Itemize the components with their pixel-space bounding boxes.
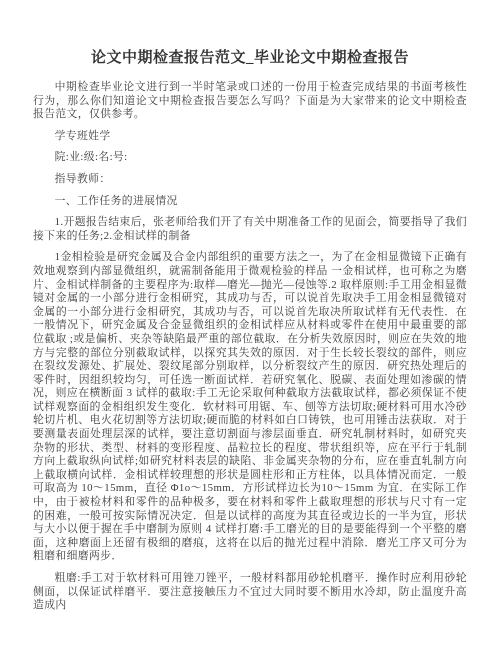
paragraph-student-labels: 学专班姓学: [33, 130, 467, 144]
paragraph-rough-grinding: 粗磨:手工对于软材料可用锉刀锉平，一般材料都用砂轮机磨平．操作时应利用砂轮侧面，…: [33, 572, 467, 613]
paragraph-intro: 中期检查毕业论文进行到一半时笔录或口述的一份用于检查完成结果的书面考核性行为，那…: [33, 81, 467, 122]
paragraph-advisor: 指导教师：: [33, 173, 467, 187]
document-title: 论文中期检查报告范文_毕业论文中期检查报告: [33, 47, 467, 69]
paragraph-metallographic-detail: 1金相检验是研究金属及合金内部组织的重要方法之一，为了在金相显微镜下正确有效地观…: [33, 251, 467, 564]
section-heading-progress: 一、工作任务的进展情况: [33, 195, 467, 209]
paragraph-task-list: 1.开题报告结束后，张老师给我们开了有关中期准备工作的见面会，简要指导了我们接下…: [33, 216, 467, 243]
document-page: 论文中期检查报告范文_毕业论文中期检查报告 中期检查毕业论文进行到一半时笔录或口…: [0, 0, 500, 647]
paragraph-student-fields: 院:业:级:名:号:: [33, 151, 467, 165]
